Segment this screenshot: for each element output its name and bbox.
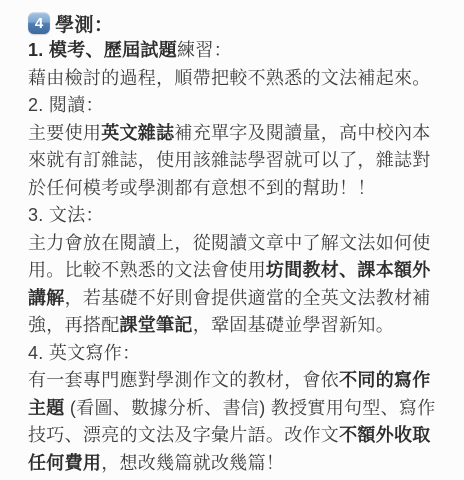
text-run: 1. 模考、歷屆試題 <box>28 40 177 60</box>
section-heading-4: 4. 英文寫作： <box>28 340 442 368</box>
section-body-1: 藉由檢討的過程，順帶把較不熟悉的文法補起來。 <box>28 65 442 93</box>
text-run: ，想改幾篇就改幾篇！ <box>101 453 284 473</box>
text-run: 有一套專門應對學測作文的教材，會依 <box>28 370 339 390</box>
section-body-2: 主要使用英文雜誌補充單字及閱讀量，高中校內本來就有訂雜誌，使用該雜誌學習就可以了… <box>28 120 442 203</box>
text-run: 主要使用 <box>28 123 101 143</box>
section-heading-1: 1. 模考、歷屆試題練習： <box>28 37 442 65</box>
text-run: 2. 閱讀： <box>28 95 104 115</box>
page-title: 學測： <box>55 10 114 37</box>
text-run: 課堂筆記 <box>120 315 193 335</box>
text-run: ，鞏固基礎並學習新知。 <box>193 315 394 335</box>
title-row: 4 學測： <box>28 9 442 37</box>
section-body-4: 有一套專門應對學測作文的教材，會依不同的寫作主題 (看圖、數據分析、書信) 教授… <box>28 367 442 477</box>
section-heading-2: 2. 閱讀： <box>28 92 442 120</box>
section-heading-3: 3. 文法： <box>28 202 442 230</box>
text-run: 3. 文法： <box>28 205 104 225</box>
text-run: 練習： <box>177 40 232 60</box>
section-body-3: 主力會放在閱讀上，從閱讀文章中了解文法如何使用。比較不熟悉的文法會使用坊間教材、… <box>28 230 442 340</box>
text-run: 英文雜誌 <box>101 123 174 143</box>
text-run: 4. 英文寫作： <box>28 343 140 363</box>
sections-container: 1. 模考、歷屆試題練習：藉由檢討的過程，順帶把較不熟悉的文法補起來。2. 閱讀… <box>28 37 442 477</box>
keycap-4-icon: 4 <box>28 12 50 34</box>
text-run: 藉由檢討的過程，順帶把較不熟悉的文法補起來。 <box>28 68 431 88</box>
study-notes-page: 4 學測： 1. 模考、歷屆試題練習：藉由檢討的過程，順帶把較不熟悉的文法補起來… <box>0 0 464 480</box>
